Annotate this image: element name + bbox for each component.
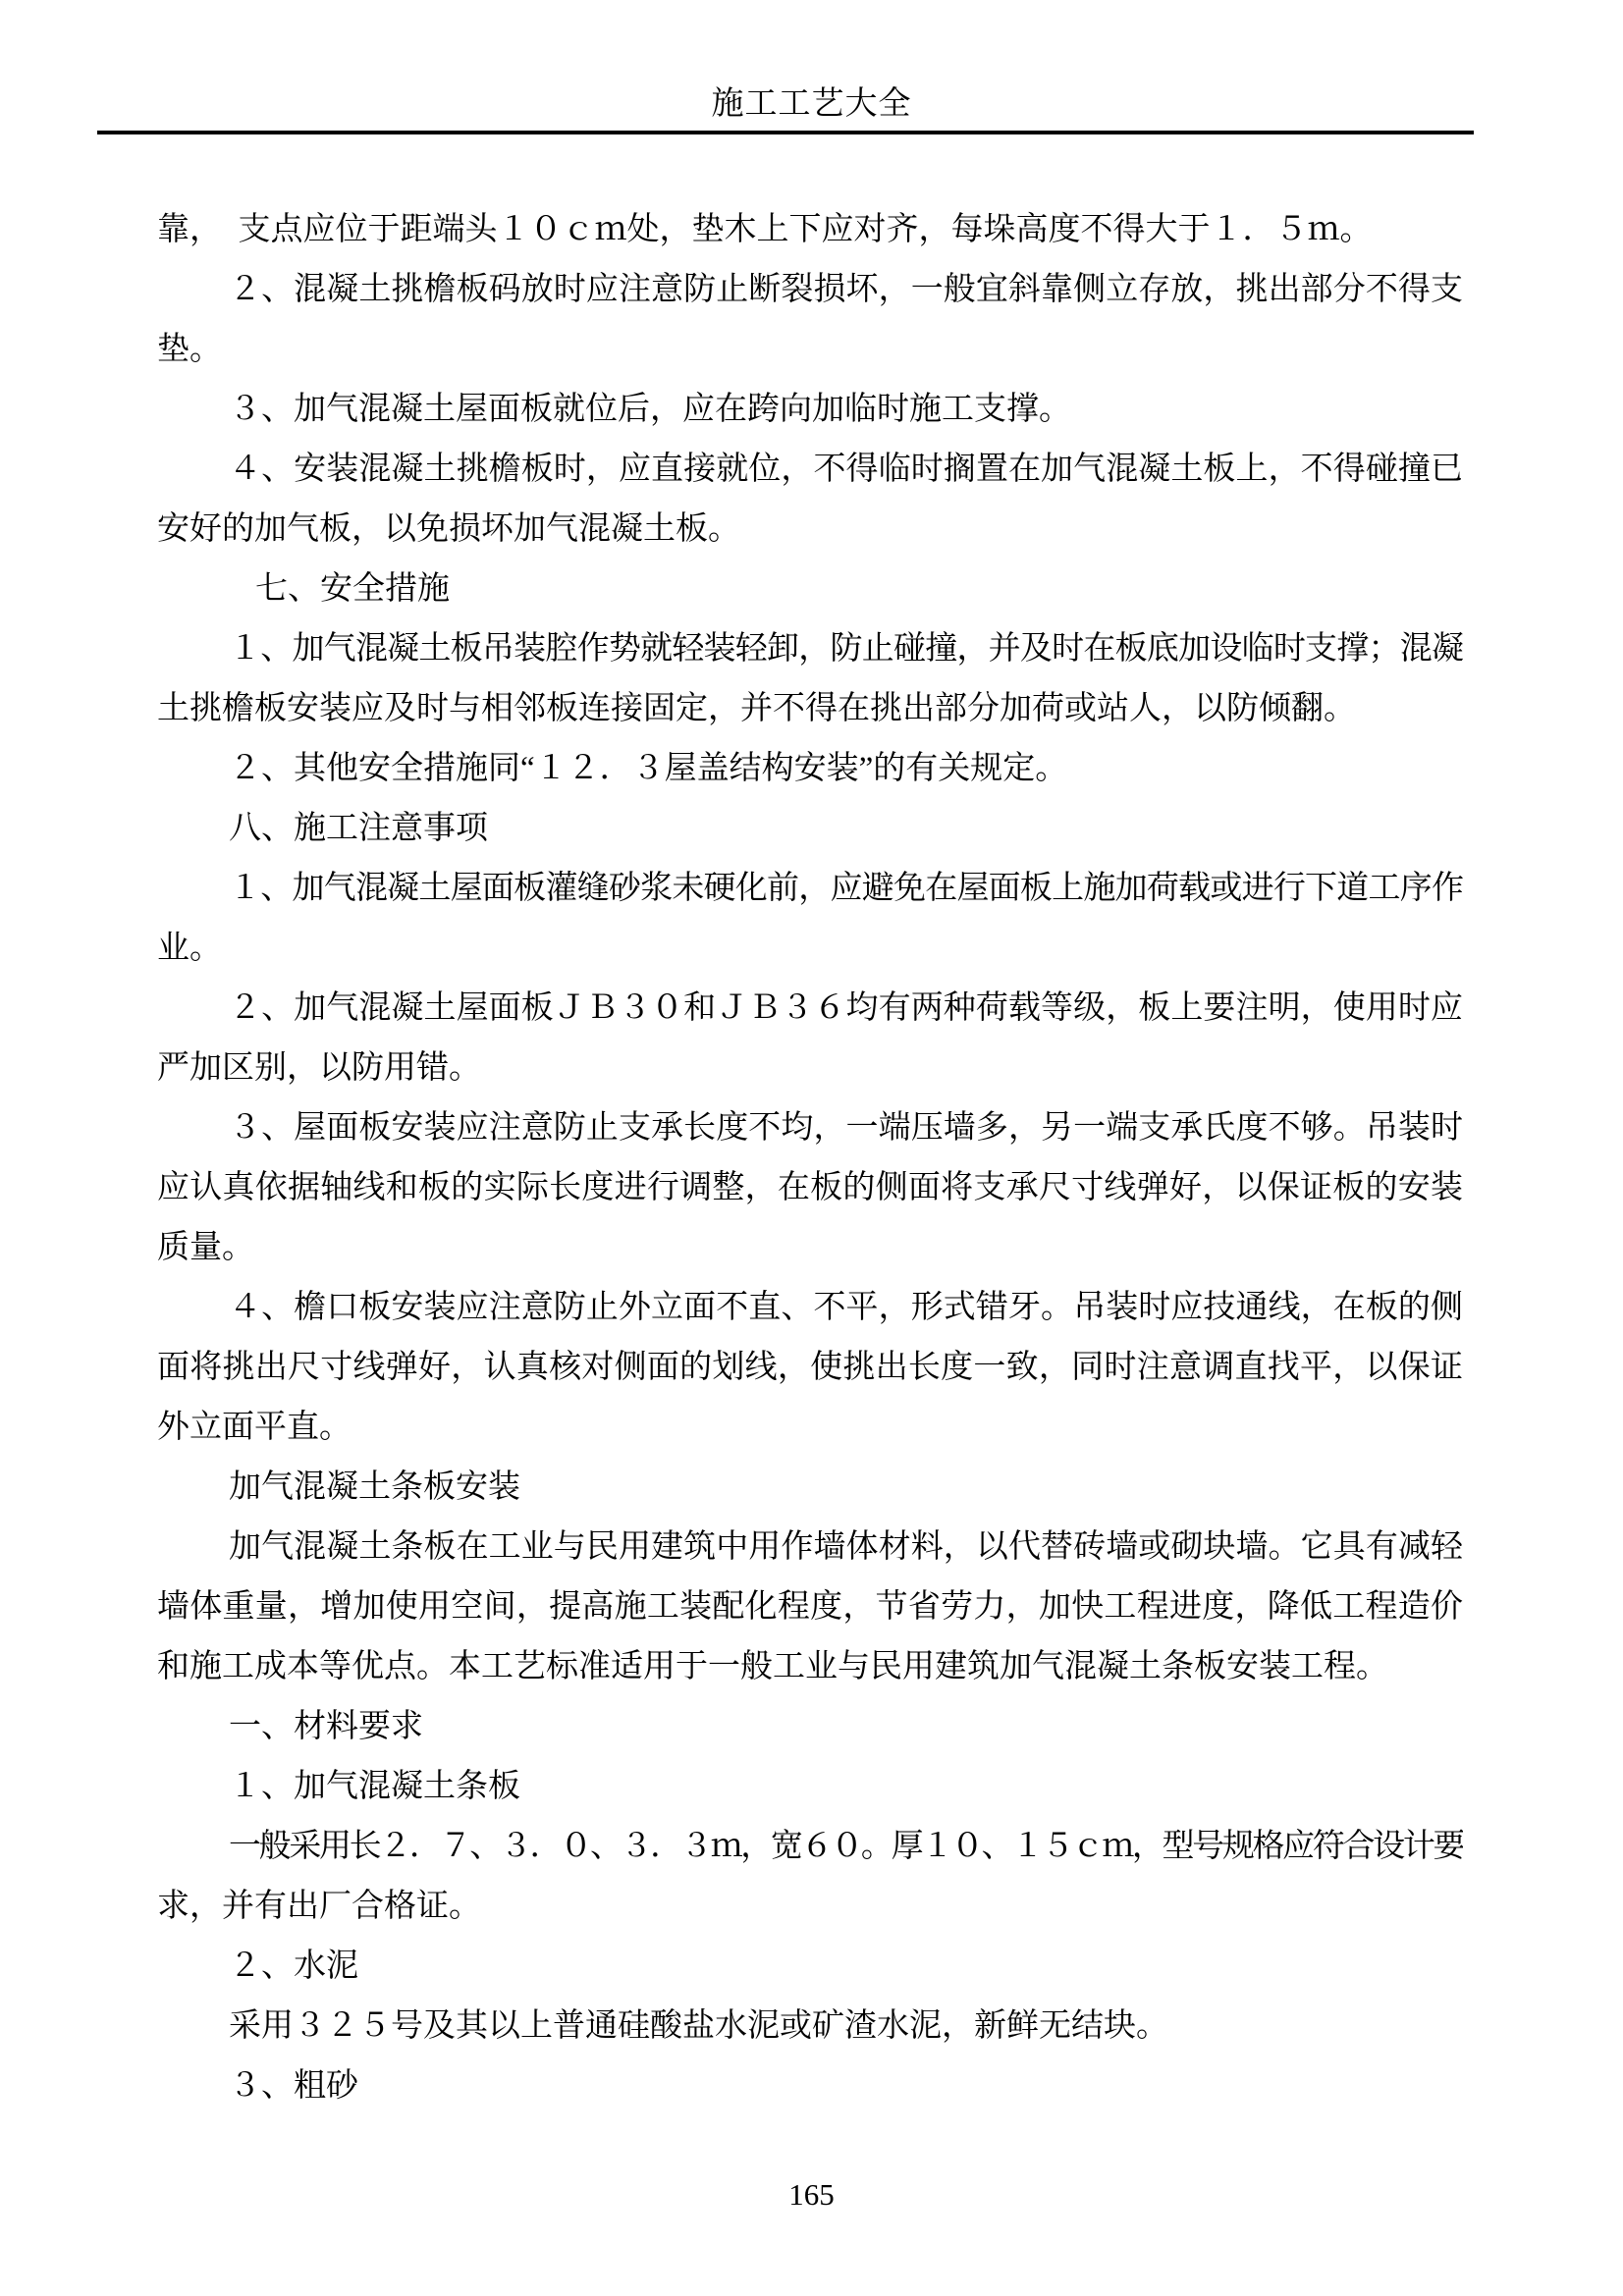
text-line: 业。 bbox=[157, 919, 1463, 979]
text-line: 采用３２５号及其以上普通硅酸盐水泥或矿渣水泥，新鲜无结块。 bbox=[157, 1997, 1463, 2056]
text-line: 求，并有出厂合格证。 bbox=[157, 1877, 1463, 1937]
document-body: 靠， 支点应位于距端头１０ｃｍ处，垫木上下应对齐，每垛高度不得大于１．５ｍ。 ２… bbox=[157, 200, 1463, 2116]
section-heading: 八、施工注意事项 bbox=[157, 799, 1463, 859]
section-heading: 七、安全措施 bbox=[157, 560, 1463, 619]
text-line: １、加气混凝土板吊装腔作势就轻装轻卸，防止碰撞，并及时在板底加设临时支撑；混凝 bbox=[157, 619, 1463, 679]
section-heading: 加气混凝土条板安装 bbox=[157, 1458, 1463, 1518]
text-line: ２、混凝土挑檐板码放时应注意防止断裂损坏，一般宜斜靠侧立存放，挑出部分不得支 bbox=[157, 260, 1463, 320]
text-line: ２、其他安全措施同“１２．３屋盖结构安装”的有关规定。 bbox=[157, 739, 1463, 799]
text-line: 质量。 bbox=[157, 1218, 1463, 1278]
section-heading: 一、材料要求 bbox=[157, 1697, 1463, 1757]
section-heading: １、加气混凝土条板 bbox=[157, 1757, 1463, 1817]
text-line: 加气混凝土条板在工业与民用建筑中用作墙体材料，以代替砖墙或砌块墙。它具有减轻 bbox=[157, 1518, 1463, 1577]
text-line: ４、安装混凝土挑檐板时，应直接就位，不得临时搁置在加气混凝土板上，不得碰撞已 bbox=[157, 440, 1463, 500]
text-line: 面将挑出尺寸线弹好，认真核对侧面的划线，使挑出长度一致，同时注意调直找平，以保证 bbox=[157, 1338, 1463, 1398]
text-line: 和施工成本等优点。本工艺标准适用于一般工业与民用建筑加气混凝土条板安装工程。 bbox=[157, 1637, 1463, 1697]
page-number: 165 bbox=[788, 2177, 835, 2212]
header-rule bbox=[97, 131, 1474, 134]
text-line: 土挑檐板安装应及时与相邻板连接固定，并不得在挑出部分加荷或站人，以防倾翻。 bbox=[157, 679, 1463, 739]
text-line: 靠， 支点应位于距端头１０ｃｍ处，垫木上下应对齐，每垛高度不得大于１．５ｍ。 bbox=[157, 200, 1463, 260]
text-line: 一般采用长２．７、３．０、３．３ｍ，宽６０。厚１０、１５ｃｍ，型号规格应符合设计… bbox=[157, 1817, 1463, 1877]
text-line: １、加气混凝土屋面板灌缝砂浆未硬化前，应避免在屋面板上施加荷载或进行下道工序作 bbox=[157, 859, 1463, 919]
text-line: ３、加气混凝土屋面板就位后，应在跨向加临时施工支撑。 bbox=[157, 380, 1463, 440]
text-line: ４、檐口板安装应注意防止外立面不直、不平，形式错牙。吊装时应技通线，在板的侧 bbox=[157, 1278, 1463, 1338]
text-line: 垫。 bbox=[157, 320, 1463, 380]
page-footer: 165 bbox=[0, 2177, 1623, 2213]
text-line: 应认真依据轴线和板的实际长度进行调整，在板的侧面将支承尺寸线弹好，以保证板的安装 bbox=[157, 1158, 1463, 1218]
text-line: 外立面平直。 bbox=[157, 1398, 1463, 1458]
text-line: 安好的加气板，以免损坏加气混凝土板。 bbox=[157, 500, 1463, 560]
section-heading: ２、水泥 bbox=[157, 1937, 1463, 1997]
document-page: 施工工艺大全 靠， 支点应位于距端头１０ｃｍ处，垫木上下应对齐，每垛高度不得大于… bbox=[0, 0, 1623, 2296]
section-heading: ３、粗砂 bbox=[157, 2056, 1463, 2116]
text-line: ３、屋面板安装应注意防止支承长度不均，一端压墙多，另一端支承氏度不够。吊装时 bbox=[157, 1098, 1463, 1158]
text-line: 墙体重量，增加使用空间，提高施工装配化程度，节省劳力，加快工程进度，降低工程造价 bbox=[157, 1577, 1463, 1637]
text-line: ２、加气混凝土屋面板ＪＢ３０和ＪＢ３６均有两种荷载等级，板上要注明，使用时应 bbox=[157, 979, 1463, 1039]
page-header-title: 施工工艺大全 bbox=[0, 84, 1623, 124]
text-line: 严加区别，以防用错。 bbox=[157, 1039, 1463, 1098]
